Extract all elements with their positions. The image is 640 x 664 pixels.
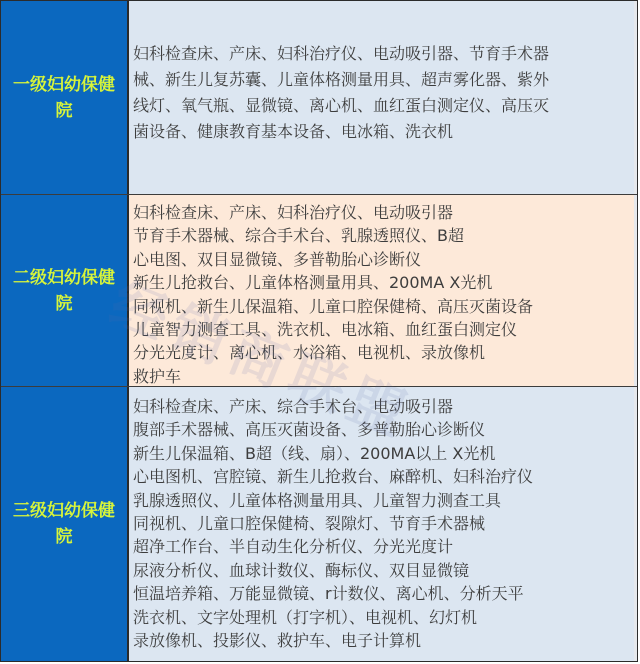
level-label-line: 院 — [13, 291, 115, 317]
table-row-level-2: 二级妇幼保健 院 妇科检查床、产床、妇科治疗仪、电动吸引器 节育手术器械、综合手… — [1, 195, 637, 387]
equipment-line: 心电图、双目显微镜、多普勒胎心诊断仪 — [133, 248, 628, 271]
equipment-line: 妇科检查床、产床、综合手术台、电动吸引器 — [133, 395, 628, 418]
equipment-line: 同视机、新生儿保温箱、儿童口腔保健椅、高压灭菌设备 — [133, 295, 628, 318]
equipment-line: 同视机、儿童口腔保健椅、裂隙灯、节育手术器械 — [133, 512, 628, 535]
equipment-line: 械、新生儿复苏囊、儿童体格测量用具、超声雾化器、紫外 — [133, 67, 628, 93]
equipment-line: 恒温培养箱、万能显微镜、r计数仪、离心机、分析天平 — [133, 582, 628, 605]
table-row-level-3: 三级妇幼保健 院 妇科检查床、产床、综合手术台、电动吸引器 腹部手术器械、高压灭… — [1, 387, 637, 661]
level-label-cell: 三级妇幼保健 院 — [1, 387, 129, 661]
equipment-list-cell: 妇科检查床、产床、综合手术台、电动吸引器 腹部手术器械、高压灭菌设备、多普勒胎心… — [129, 387, 637, 661]
level-label: 二级妇幼保健 院 — [13, 265, 115, 317]
equipment-line: 洗衣机、文字处理机（打字机）、电视机、幻灯机 — [133, 606, 628, 629]
table-row-level-1: 一级妇幼保健 院 妇科检查床、产床、妇科治疗仪、电动吸引器、节育手术器 械、新生… — [1, 1, 637, 195]
level-label: 一级妇幼保健 院 — [13, 72, 115, 124]
equipment-line: 儿童智力测查工具、洗衣机、电冰箱、血红蛋白测定仪 — [133, 318, 628, 341]
equipment-list-cell: 妇科检查床、产床、妇科治疗仪、电动吸引器、节育手术器 械、新生儿复苏囊、儿童体格… — [129, 1, 637, 194]
equipment-line: 新生儿抢救台、儿童体格测量用具、200MA X光机 — [133, 271, 628, 294]
equipment-line: 节育手术器械、综合手术台、乳腺透照仪、B超 — [133, 224, 628, 247]
equipment-line: 心电图机、宫腔镜、新生儿抢救台、麻醉机、妇科治疗仪 — [133, 465, 628, 488]
level-label-line: 三级妇幼保健 — [13, 498, 115, 524]
equipment-line: 腹部手术器械、高压灭菌设备、多普勒胎心诊断仪 — [133, 418, 628, 441]
level-label-cell: 一级妇幼保健 院 — [1, 1, 129, 194]
equipment-line: 菌设备、健康教育基本设备、电冰箱、洗衣机 — [133, 119, 628, 145]
equipment-list-cell: 妇科检查床、产床、妇科治疗仪、电动吸引器 节育手术器械、综合手术台、乳腺透照仪、… — [129, 195, 637, 386]
equipment-line: 超净工作台、半自动生化分析仪、分光光度计 — [133, 535, 628, 558]
level-label-line: 院 — [13, 524, 115, 550]
level-label-cell: 二级妇幼保健 院 — [1, 195, 129, 386]
equipment-line: 妇科检查床、产床、妇科治疗仪、电动吸引器、节育手术器 — [133, 41, 628, 67]
level-label: 三级妇幼保健 院 — [13, 498, 115, 550]
equipment-line: 线灯、氧气瓶、显微镜、离心机、血红蛋白测定仪、高压灭 — [133, 93, 628, 119]
equipment-line: 尿液分析仪、血球计数仪、酶标仪、双目显微镜 — [133, 559, 628, 582]
equipment-line: 乳腺透照仪、儿童体格测量用具、儿童智力测查工具 — [133, 489, 628, 512]
level-label-line: 二级妇幼保健 — [13, 265, 115, 291]
equipment-line: 分光光度计、离心机、水浴箱、电视机、录放像机 — [133, 341, 628, 364]
equipment-line: 新生儿保温箱、B超（线、扇）、200MA以上 X光机 — [133, 442, 628, 465]
level-label-line: 院 — [13, 98, 115, 124]
equipment-line: 妇科检查床、产床、妇科治疗仪、电动吸引器 — [133, 201, 628, 224]
level-label-line: 一级妇幼保健 — [13, 72, 115, 98]
equipment-table: 一级妇幼保健 院 妇科检查床、产床、妇科治疗仪、电动吸引器、节育手术器 械、新生… — [0, 0, 638, 662]
equipment-line: 救护车 — [133, 365, 628, 388]
equipment-line: 录放像机、投影仪、救护车、电子计算机 — [133, 629, 628, 652]
